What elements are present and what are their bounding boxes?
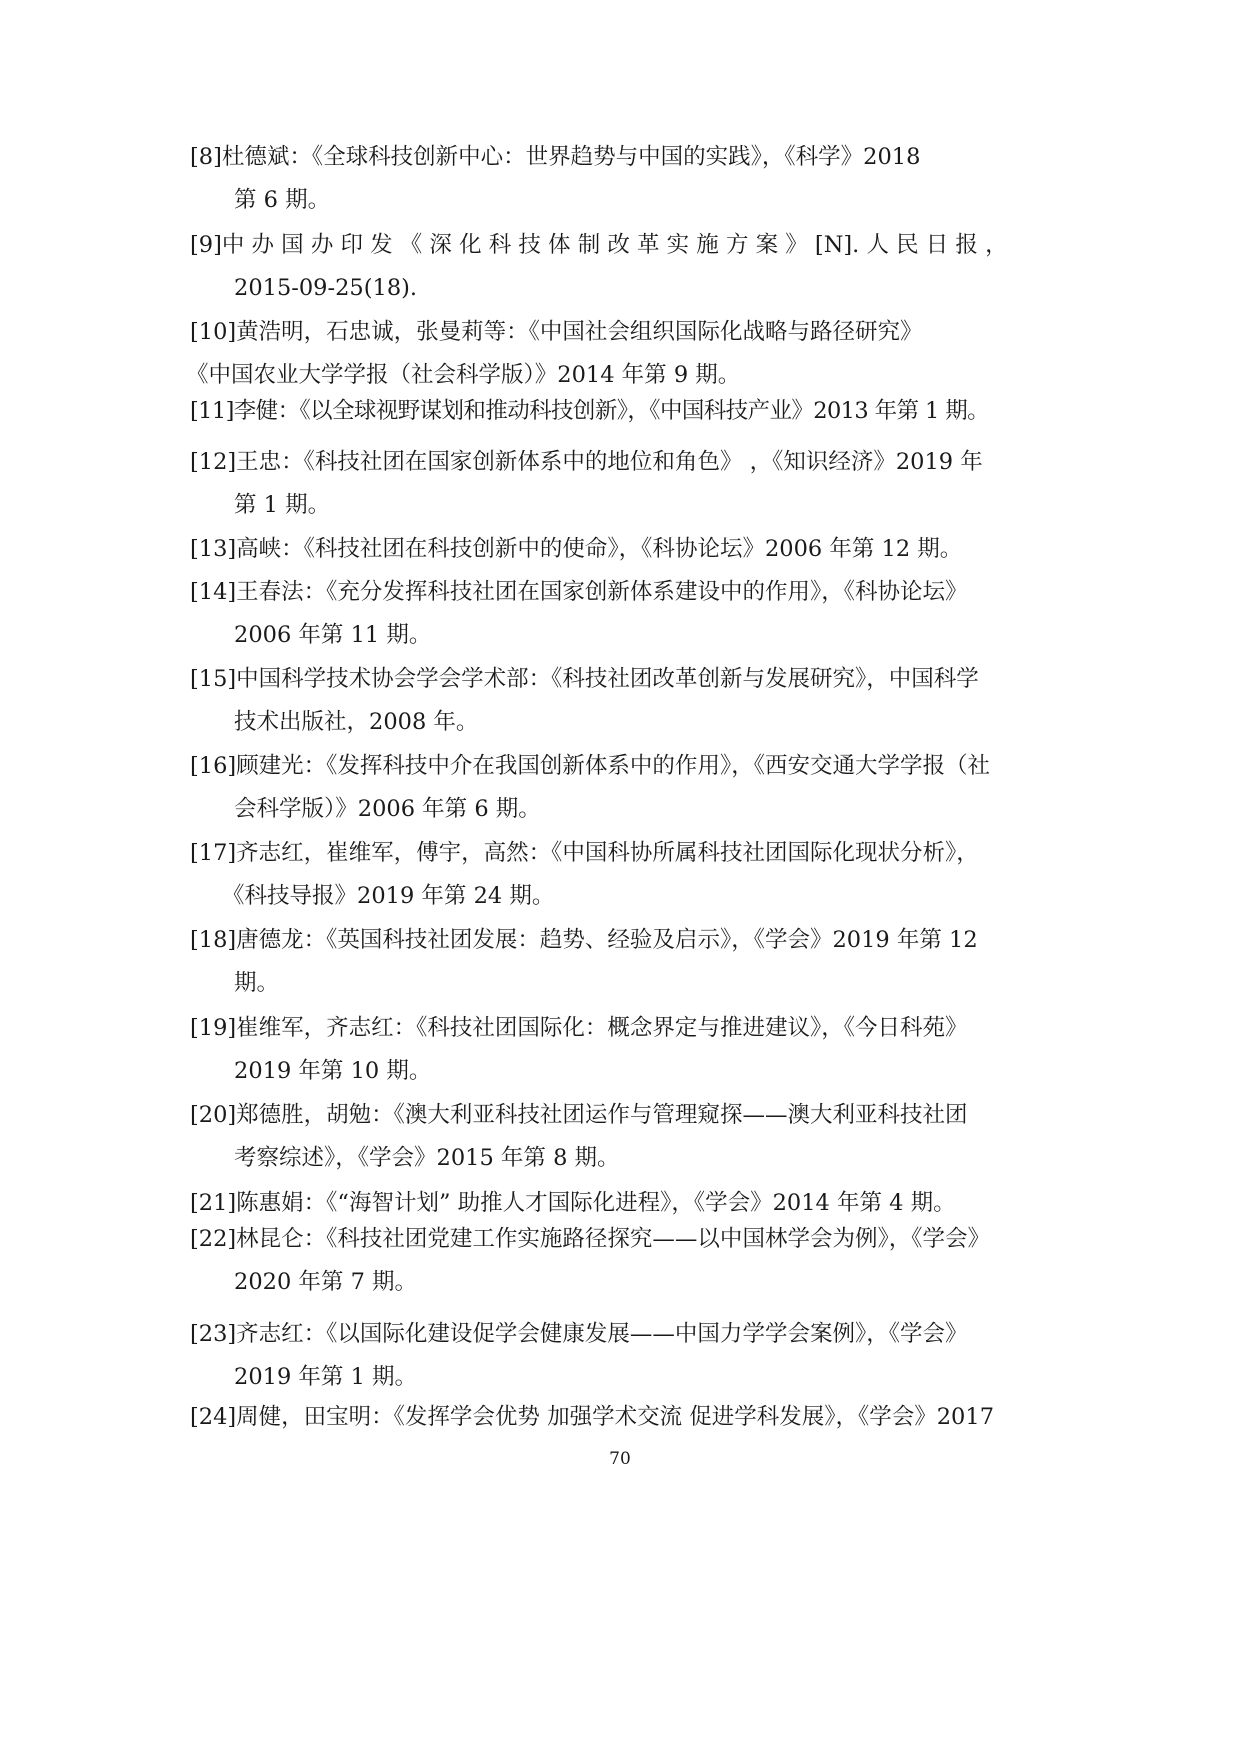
reference-line: [15]中国科学技术协会学会学术部：《科技社团改革创新与发展研究》，中国科学 [190, 664, 979, 694]
reference-line: [14]王春法：《充分发挥科技社团在国家创新体系建设中的作用》，《科协论坛》 [190, 577, 967, 607]
reference-line: [9]中 办 国 办 印 发 《 深 化 科 技 体 制 改 革 实 施 方 案… [190, 230, 1008, 260]
reference-line: [18]唐德龙：《英国科技社团发展：趋势、经验及启示》，《学会》2019 年第 … [190, 925, 978, 955]
reference-line: 考察综述》，《学会》2015 年第 8 期。 [234, 1143, 620, 1173]
reference-line: 期。 [234, 968, 279, 998]
reference-line: [11]李健：《以全球视野谋划和推动科技创新》，《中国科技产业》2013 年第 … [190, 396, 989, 426]
reference-line: [13]高峡：《科技社团在科技创新中的使命》，《科协论坛》2006 年第 12 … [190, 534, 962, 564]
reference-line: [8]杜德斌：《全球科技创新中心：世界趋势与中国的实践》，《科学》2018 [190, 142, 920, 172]
reference-line: 《科技导报》2019 年第 24 期。 [222, 881, 554, 911]
reference-line: [12]王忠：《科技社团在国家创新体系中的地位和角色》 ，《知识经济》2019 … [190, 447, 983, 477]
reference-line: 会科学版）》2006 年第 6 期。 [234, 794, 541, 824]
reference-line: 第 1 期。 [234, 490, 330, 520]
reference-line: 技术出版社，2008 年。 [234, 707, 478, 737]
reference-line: [10]黄浩明，石忠诚，张曼莉等：《中国社会组织国际化战略与路径研究》 [190, 317, 922, 347]
reference-line: 2019 年第 1 期。 [234, 1362, 417, 1392]
reference-line: 2020 年第 7 期。 [234, 1267, 417, 1297]
reference-line: 《中国农业大学学报（社会科学版）》2014 年第 9 期。 [186, 360, 740, 390]
reference-line: [17]齐志红，崔维军，傅宇，高然：《中国科协所属科技社团国际化现状分析》， [190, 838, 979, 868]
reference-line: [23]齐志红：《以国际化建设促学会健康发展——中国力学学会案例》，《学会》 [190, 1319, 967, 1349]
reference-line: 2006 年第 11 期。 [234, 620, 431, 650]
reference-line: 2015-09-25(18). [234, 273, 417, 303]
reference-line: [21]陈惠娟：《“海智计划” 助推人才国际化进程》，《学会》2014 年第 4… [190, 1188, 956, 1218]
reference-line: [20]郑德胜，胡勉：《澳大利亚科技社团运作与管理窥探——澳大利亚科技社团 [190, 1100, 967, 1130]
reference-line: [16]顾建光：《发挥科技中介在我国创新体系中的作用》，《西安交通大学学报（社 [190, 751, 990, 781]
reference-line: [24]周健，田宝明：《发挥学会优势 加强学术交流 促进学科发展》，《学会》20… [190, 1402, 994, 1432]
reference-line: [22]林昆仑：《科技社团党建工作实施路径探究——以中国林学会为例》，《学会》 [190, 1224, 990, 1254]
reference-line: 2019 年第 10 期。 [234, 1056, 431, 1086]
page-number: 70 [0, 1447, 1240, 1471]
reference-line: [19]崔维军，齐志红：《科技社团国际化：概念界定与推进建议》，《今日科苑》 [190, 1013, 967, 1043]
reference-line: 第 6 期。 [234, 185, 330, 215]
